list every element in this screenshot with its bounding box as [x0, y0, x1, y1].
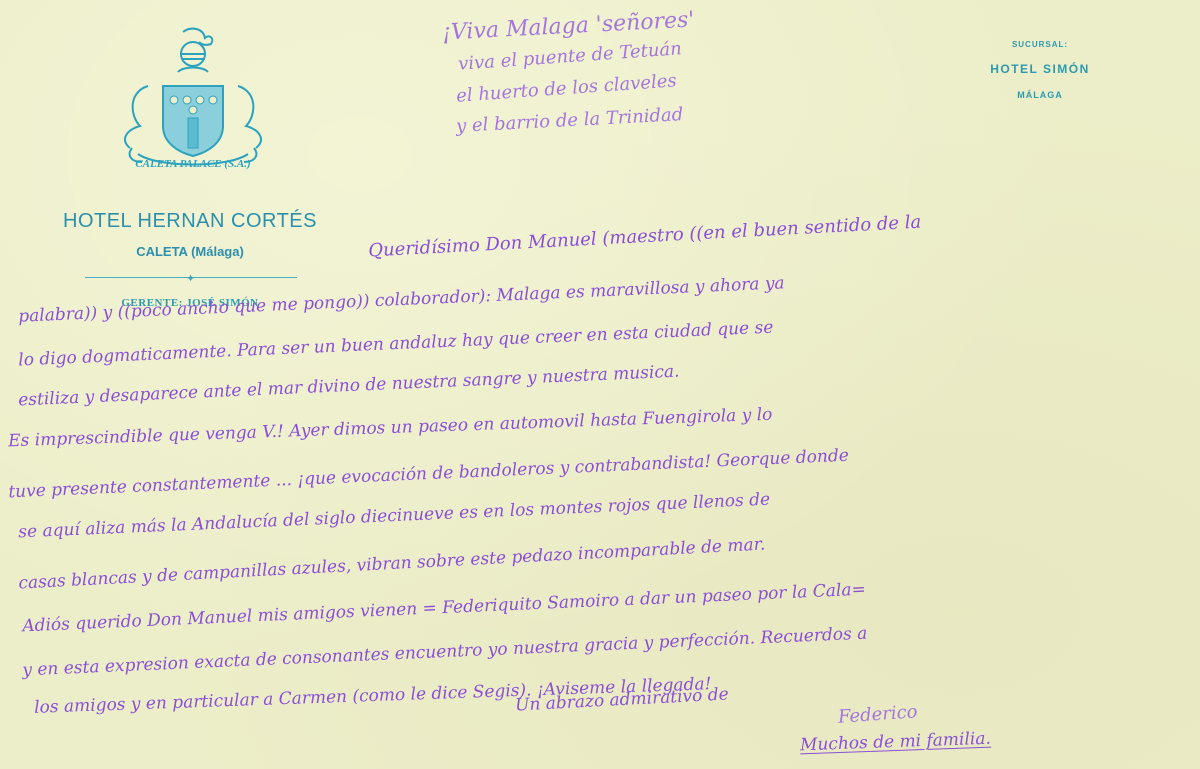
crest-motto: CALETA PALACE (S.A.) [135, 158, 250, 170]
branch-hotel-name: HOTEL SIMÓN [960, 62, 1120, 76]
hotel-location: CALETA (Málaga) [40, 244, 340, 259]
branch-label: SUCURSAL: [960, 40, 1120, 49]
hotel-name: HOTEL HERNAN CORTÉS [40, 210, 340, 233]
coat-of-arms-icon: CALETA PALACE (S.A.) [108, 24, 278, 194]
branch-city: MÁLAGA [960, 90, 1120, 100]
divider-ornament-icon: ✦ [186, 272, 195, 285]
